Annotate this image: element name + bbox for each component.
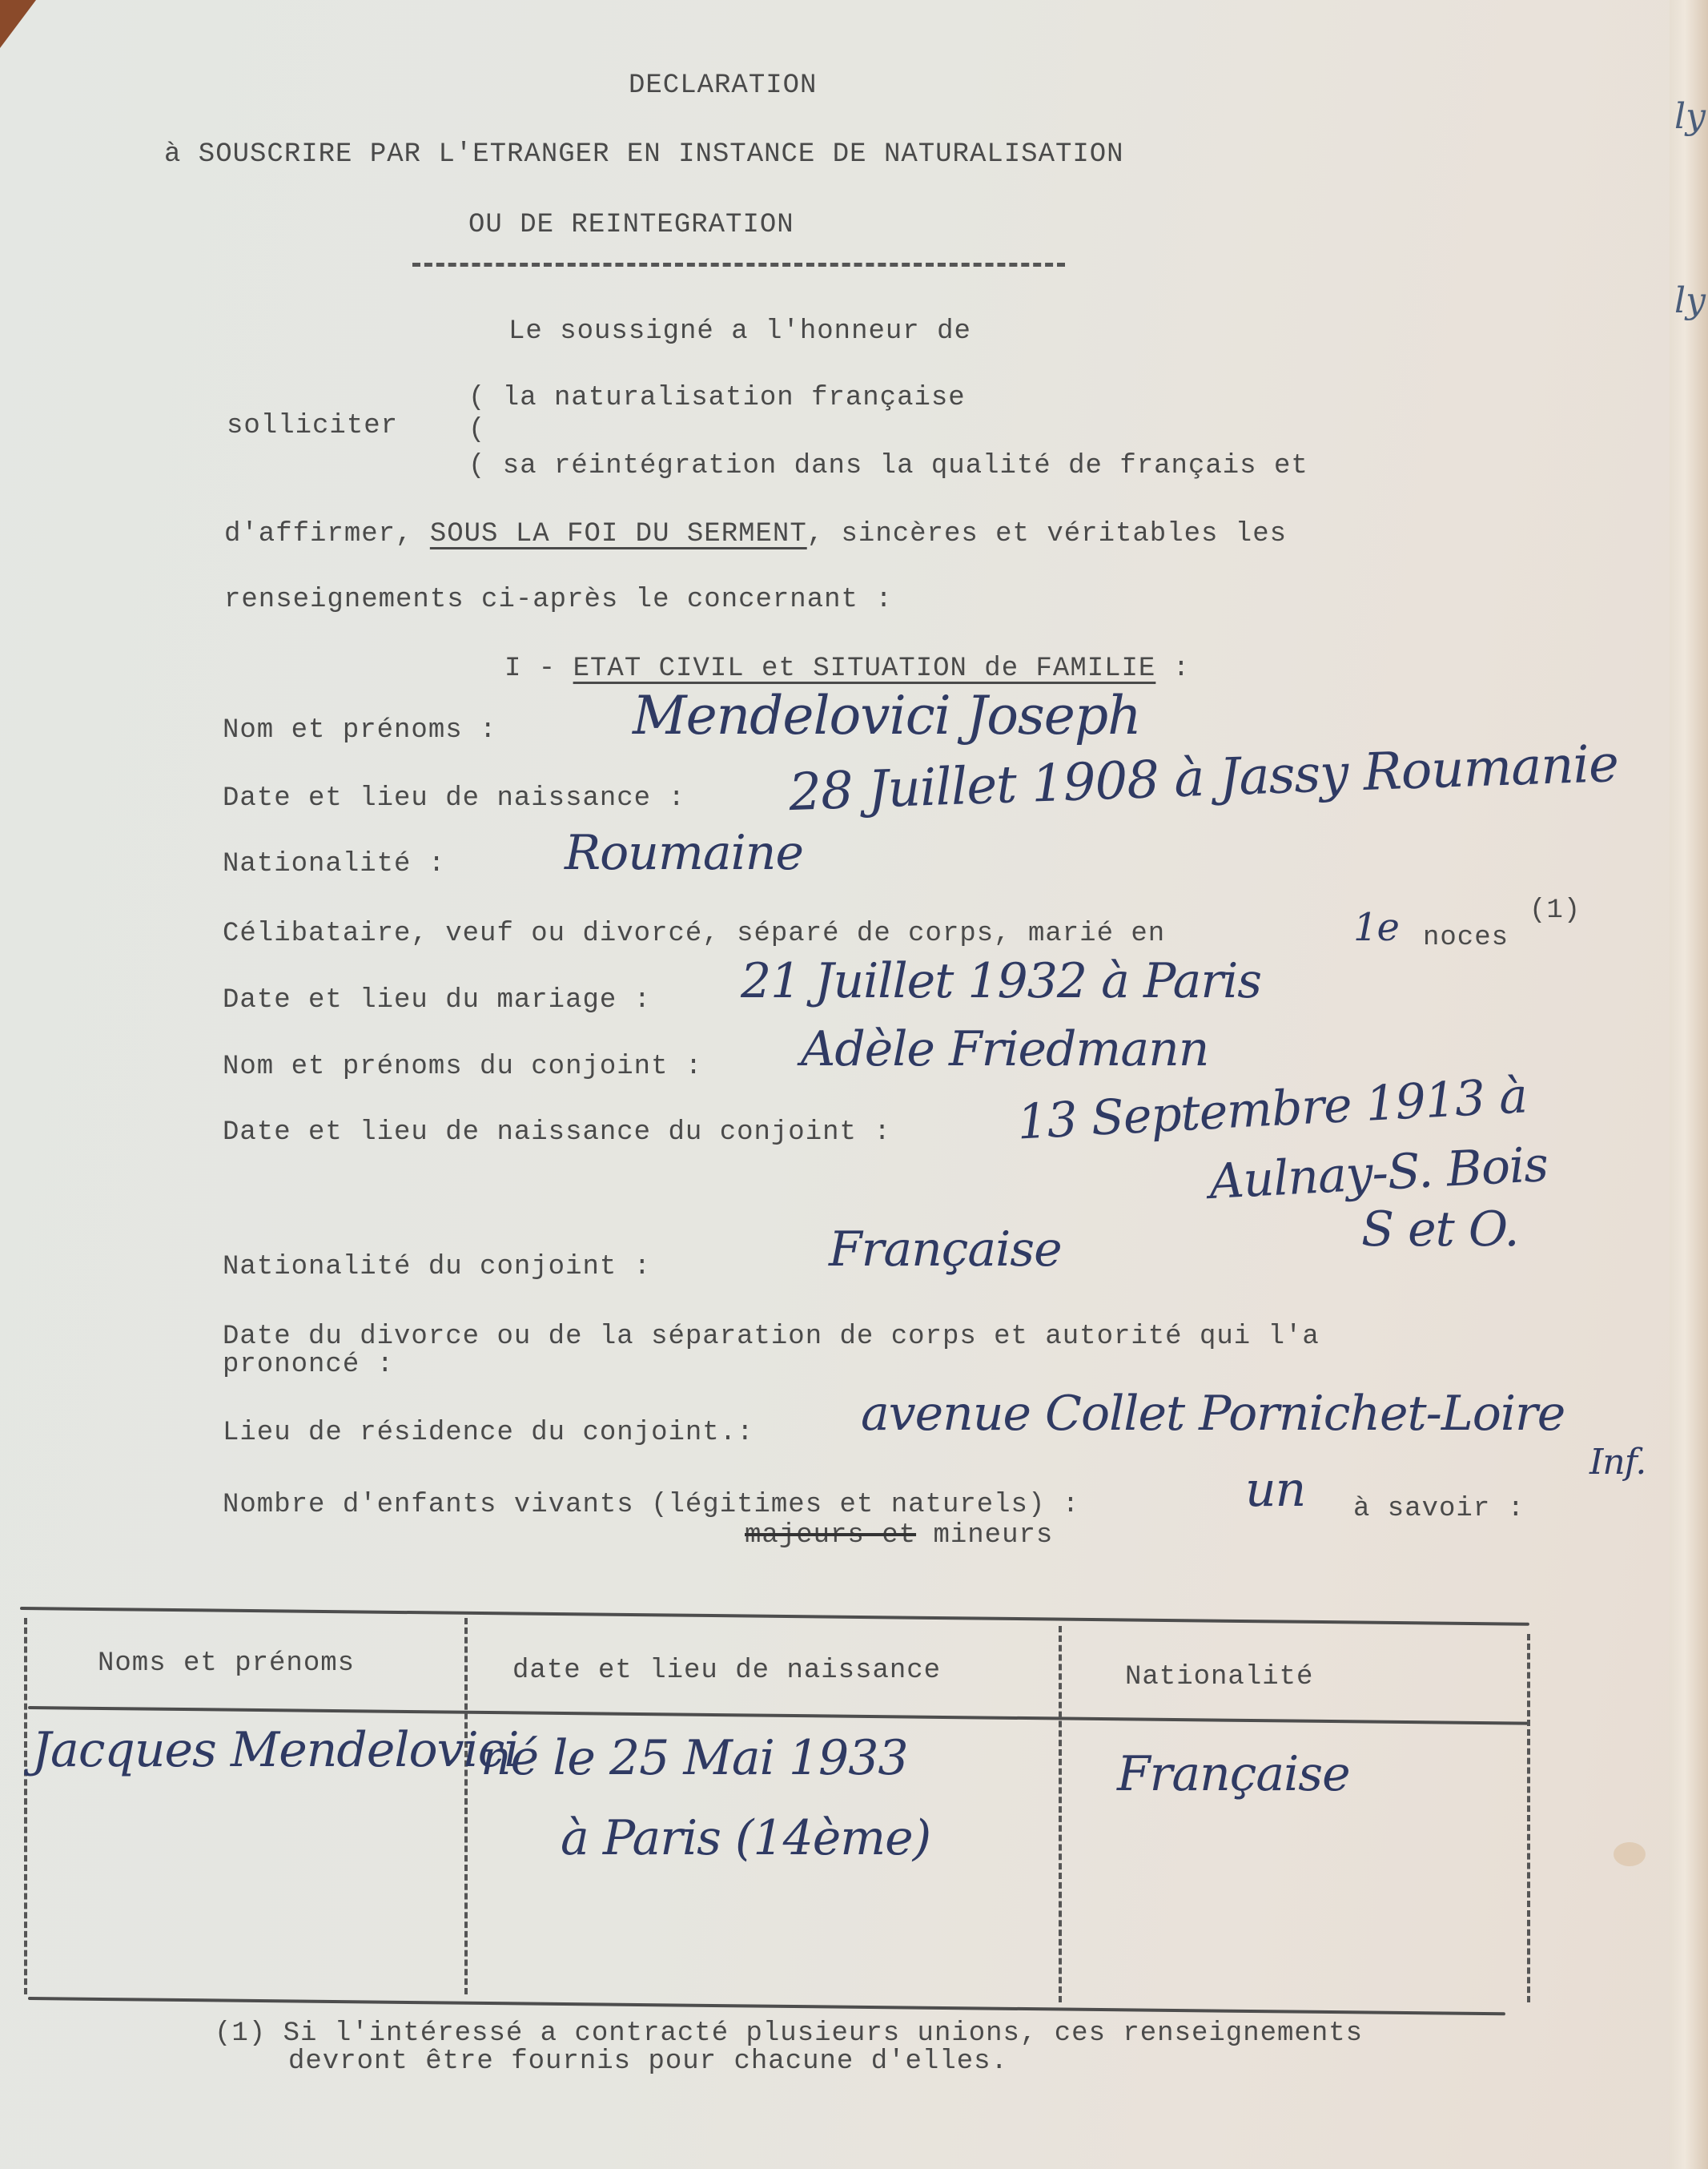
preamble-option-reintegration: ( sa réintégration dans la qualité de fr… bbox=[468, 451, 1308, 481]
document-title: DECLARATION bbox=[629, 70, 817, 101]
table-col-border-left bbox=[24, 1618, 27, 1994]
margin-mark: ly bbox=[1674, 280, 1706, 321]
preamble-line1: Le soussigné a l'honneur de bbox=[508, 316, 971, 347]
table-header-nationality: Nationalité bbox=[1125, 1662, 1313, 1692]
child-nationality: Française bbox=[1117, 1746, 1350, 1802]
field-spouse-name-value: Adèle Friedmann bbox=[801, 1021, 1208, 1077]
footnote-line1: (1) Si l'intéressé a contracté plusieurs… bbox=[215, 2018, 1363, 2049]
field-children-value: un bbox=[1245, 1462, 1305, 1518]
field-divorce-label-line2: prononcé : bbox=[223, 1350, 394, 1380]
field-spouse-birth-value-line2: Aulnay-S. Bois bbox=[1208, 1137, 1549, 1210]
field-marital-label: Célibataire, veuf ou divorcé, séparé de … bbox=[223, 919, 1165, 949]
struck-majeurs: majeurs et bbox=[745, 1520, 916, 1551]
field-marital-value: 1e bbox=[1353, 905, 1399, 950]
field-birth-label: Date et lieu de naissance : bbox=[223, 783, 685, 814]
table-col-border-1 bbox=[464, 1618, 468, 1994]
document-subtitle-line1: à SOUSCRIRE PAR L'ETRANGER EN INSTANCE D… bbox=[164, 139, 1124, 170]
preamble-option-naturalisation: ( la naturalisation française bbox=[468, 383, 966, 413]
document-page: DECLARATION à SOUSCRIRE PAR L'ETRANGER E… bbox=[0, 0, 1698, 2169]
field-spouse-name-label: Nom et prénoms du conjoint : bbox=[223, 1052, 702, 1082]
field-spouse-birth-value-line1: 13 Septembre 1913 à bbox=[1016, 1068, 1529, 1150]
affirm-oath: SOUS LA FOI DU SERMENT bbox=[430, 519, 807, 549]
field-spouse-nationality-label: Nationalité du conjoint : bbox=[223, 1252, 651, 1282]
field-children-suffix: à savoir : bbox=[1353, 1494, 1525, 1524]
table-col-border-right bbox=[1527, 1634, 1530, 2002]
field-name-value: Mendelovici Joseph bbox=[633, 685, 1141, 746]
section-colon: : bbox=[1155, 654, 1190, 684]
field-marital-suffix: noces bbox=[1423, 923, 1509, 953]
field-nationality-value: Roumaine bbox=[565, 825, 803, 881]
table-col-border-2 bbox=[1059, 1626, 1062, 2002]
child-birth-line2: à Paris (14ème) bbox=[561, 1810, 930, 1866]
affirm-prefix: d'affirmer, bbox=[224, 519, 430, 549]
document-subtitle-line2: OU DE REINTEGRATION bbox=[468, 210, 794, 240]
underlying-page-edge: ly ly bbox=[1670, 0, 1708, 2169]
section-title: ETAT CIVIL et SITUATION de FAMILIE bbox=[573, 654, 1156, 684]
field-residence-label: Lieu de résidence du conjoint.: bbox=[223, 1418, 754, 1448]
affirm-suffix: , sincères et véritables les bbox=[807, 519, 1287, 549]
field-spouse-nationality-value: Française bbox=[829, 1221, 1062, 1278]
field-residence-value: avenue Collet Pornichet-Loire bbox=[861, 1386, 1565, 1442]
footnote-ref: (1) bbox=[1529, 895, 1581, 926]
preamble-solliciter-label: solliciter bbox=[227, 411, 398, 441]
field-marriage-value: 21 Juillet 1932 à Paris bbox=[741, 953, 1261, 1009]
field-children-subline: majeurs et mineurs bbox=[745, 1520, 1053, 1551]
preamble-bracket: ( bbox=[468, 415, 485, 445]
table-top-rule bbox=[20, 1607, 1529, 1626]
margin-mark: ly bbox=[1674, 96, 1706, 137]
preamble-last-line: renseignements ci-après le concernant : bbox=[224, 585, 893, 615]
table-header-birth: date et lieu de naissance bbox=[512, 1656, 941, 1686]
field-nationality-label: Nationalité : bbox=[223, 849, 445, 879]
footnote-line2: devront être fournis pour chacune d'elle… bbox=[288, 2046, 1008, 2077]
field-spouse-birth-label: Date et lieu de naissance du conjoint : bbox=[223, 1117, 891, 1148]
table-header-name: Noms et prénoms bbox=[98, 1648, 355, 1679]
field-residence-value-line2: Inf. bbox=[1589, 1442, 1646, 1483]
header-separator bbox=[412, 263, 1065, 267]
kept-mineurs: mineurs bbox=[933, 1520, 1053, 1551]
paper-stain bbox=[1614, 1842, 1646, 1866]
section-number: I - bbox=[504, 654, 573, 684]
field-children-label: Nombre d'enfants vivants (légitimes et n… bbox=[223, 1490, 1079, 1520]
preamble-affirm: d'affirmer, SOUS LA FOI DU SERMENT, sinc… bbox=[224, 519, 1287, 549]
field-name-label: Nom et prénoms : bbox=[223, 715, 496, 746]
section-heading: I - ETAT CIVIL et SITUATION de FAMILIE : bbox=[504, 654, 1190, 684]
child-birth-line1: né le 25 Mai 1933 bbox=[480, 1730, 908, 1786]
field-marriage-label: Date et lieu du mariage : bbox=[223, 985, 651, 1016]
field-birth-value: 28 Juillet 1908 à Jassy Roumanie bbox=[788, 734, 1619, 823]
field-spouse-birth-value-line3: S et O. bbox=[1361, 1201, 1519, 1258]
field-divorce-label-line1: Date du divorce ou de la séparation de c… bbox=[223, 1322, 1320, 1352]
table-bottom-rule bbox=[28, 1997, 1505, 2015]
child-name: Jacques Mendelovici bbox=[32, 1722, 519, 1778]
